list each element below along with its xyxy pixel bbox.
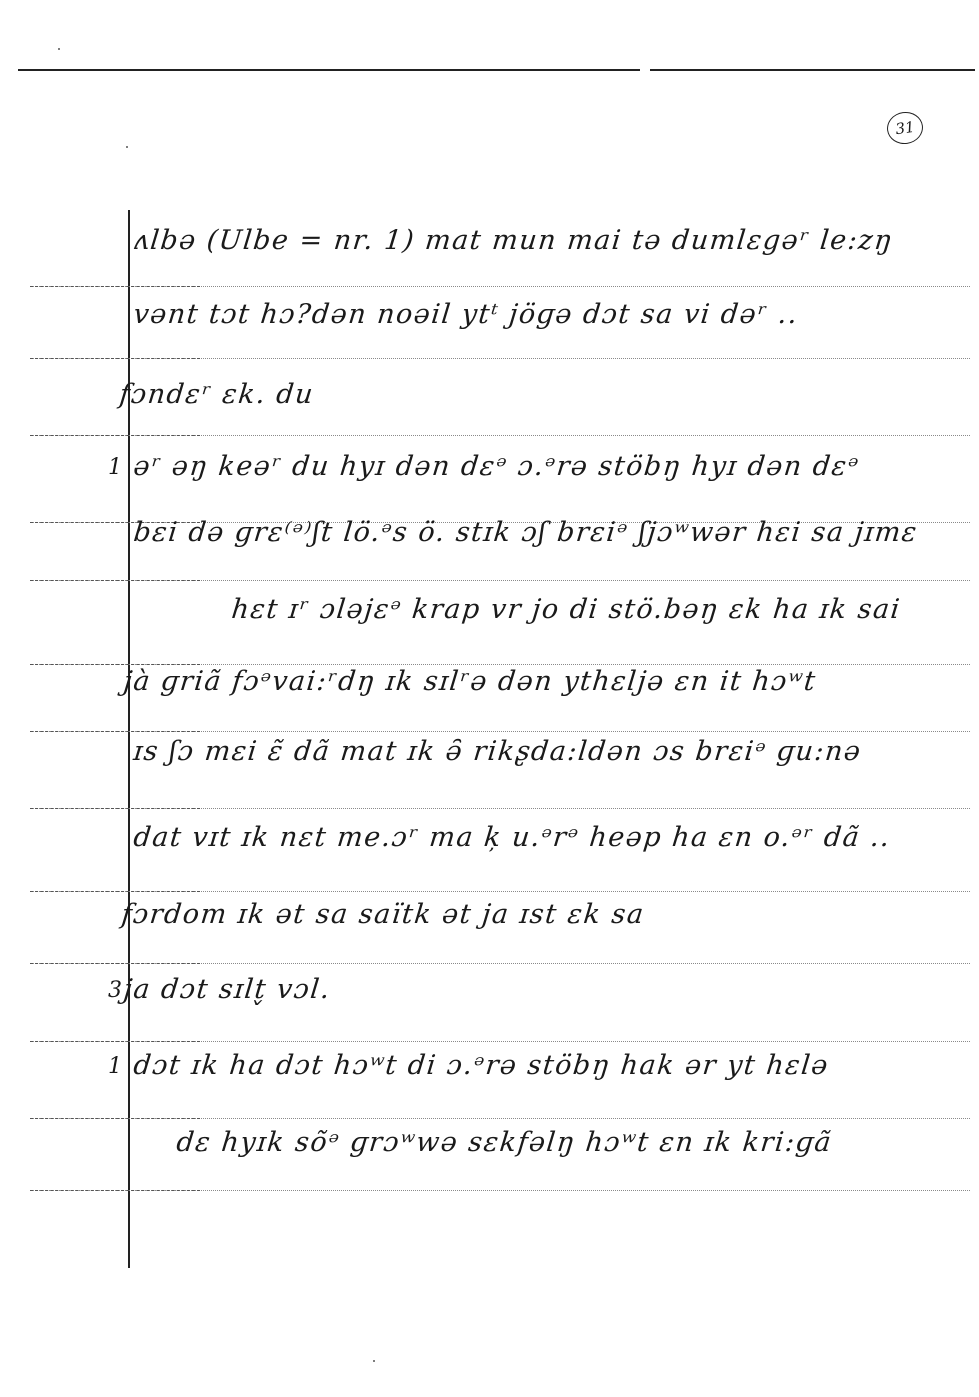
transcription-line: 1əʳ əŋ keəʳ du hyɪ dən dɛᵊ ɔ.ᵊrə stöbŋ h… — [0, 442, 979, 486]
transcription-text: ja dɔt sɪlt̬ vɔl. — [122, 974, 332, 1005]
scan-speck — [373, 1360, 375, 1362]
top-rule — [18, 69, 975, 71]
transcription-line: dɛ hyɪk sõᵊ ɡrɔʷwə sɛkfəlŋ hɔʷt ɛn ɪk kr… — [0, 1118, 979, 1162]
page-number-circle: 31 — [885, 110, 925, 147]
transcription-text: fɔndɛʳ ɛk. du — [118, 379, 316, 410]
scan-speck — [58, 48, 60, 50]
speaker-marker: 3 — [98, 978, 122, 1003]
transcription-line: hɛt ɪʳ ɔləjɛᵊ krap vr jo di stö.bəŋ ɛk h… — [0, 585, 979, 629]
top-rule-gap — [640, 66, 650, 72]
ruled-line — [30, 580, 970, 581]
transcription-line: dat vɪt ɪk nɛt me.ɔʳ ma ķ u.ᵊrᵊ heəp ha … — [0, 813, 979, 857]
transcription-line: vənt tɔt hɔ?dən noəil ytᵗ jöɡə dɔt sa vi… — [0, 290, 979, 334]
ruled-line — [30, 808, 970, 809]
transcription-line: fɔrdom ɪk ət sa saïtk ət ja ɪst ɛk sa — [0, 890, 979, 934]
transcription-line: jà ɡriã fɔᵊvai:ʳdŋ ɪk sɪlʳə dən ythɛljə … — [0, 657, 979, 701]
ruled-line-stub — [30, 580, 200, 581]
ruled-line-stub — [30, 1190, 200, 1191]
transcription-line: fɔndɛʳ ɛk. du — [0, 370, 979, 414]
ruled-line-stub — [30, 808, 200, 809]
transcription-line: 3ja dɔt sɪlt̬ vɔl. — [0, 965, 979, 1009]
transcription-line: ɪs ʃɔ mɛi ɛ̃ dã mat ɪk ə̑ rikʂda:ldən ɔs… — [0, 727, 979, 771]
transcription-text: jà ɡriã fɔᵊvai:ʳdŋ ɪk sɪlʳə dən ythɛljə … — [122, 666, 818, 697]
ruled-line — [30, 286, 970, 287]
speaker-marker: 1 — [98, 455, 122, 480]
transcription-text: ʌlbə (Ulbe = nr. 1) mat mun mai tə dumlɛ… — [132, 225, 895, 256]
transcription-text: fɔrdom ɪk ət sa saïtk ət ja ɪst ɛk sa — [120, 899, 646, 930]
ruled-line — [30, 358, 970, 359]
ruled-line — [30, 1190, 970, 1191]
transcription-text: əʳ əŋ keəʳ du hyɪ dən dɛᵊ ɔ.ᵊrə stöbŋ hy… — [132, 451, 861, 482]
transcription-text: hɛt ɪʳ ɔləjɛᵊ krap vr jo di stö.bəŋ ɛk h… — [230, 594, 902, 625]
scan-speck — [372, 1060, 374, 1062]
transcription-text: dɔt ɪk ha dɔt hɔʷt di ɔ.ᵊrə stöbŋ hak ər… — [132, 1050, 831, 1081]
ruled-line — [30, 435, 970, 436]
transcription-text: vənt tɔt hɔ?dən noəil ytᵗ jöɡə dɔt sa vi… — [132, 299, 800, 330]
transcription-line: bɛi də ɡrɛ⁽ᵊ⁾ʃt lö.ᵊs ö. stɪk ɔʃ brɛiᵊ ʃ… — [0, 508, 979, 552]
transcription-text: dat vɪt ɪk nɛt me.ɔʳ ma ķ u.ᵊrᵊ heəp ha … — [132, 822, 892, 853]
transcription-text: dɛ hyɪk sõᵊ ɡrɔʷwə sɛkfəlŋ hɔʷt ɛn ɪk kr… — [175, 1127, 834, 1158]
transcription-text: bɛi də ɡrɛ⁽ᵊ⁾ʃt lö.ᵊs ö. stɪk ɔʃ brɛiᵊ ʃ… — [132, 517, 919, 548]
transcription-line: 1dɔt ɪk ha dɔt hɔʷt di ɔ.ᵊrə stöbŋ hak ə… — [0, 1041, 979, 1085]
ruled-line-stub — [30, 963, 200, 964]
scan-speck — [126, 146, 128, 148]
transcription-text: ɪs ʃɔ mɛi ɛ̃ dã mat ɪk ə̑ rikʂda:ldən ɔs… — [132, 736, 863, 767]
transcription-line: ʌlbə (Ulbe = nr. 1) mat mun mai tə dumlɛ… — [0, 216, 979, 260]
ruled-line-stub — [30, 286, 200, 287]
speaker-marker: 1 — [98, 1054, 122, 1079]
ruled-line — [30, 963, 970, 964]
page-number: 31 — [894, 118, 915, 138]
ruled-line-stub — [30, 435, 200, 436]
ruled-line-stub — [30, 358, 200, 359]
